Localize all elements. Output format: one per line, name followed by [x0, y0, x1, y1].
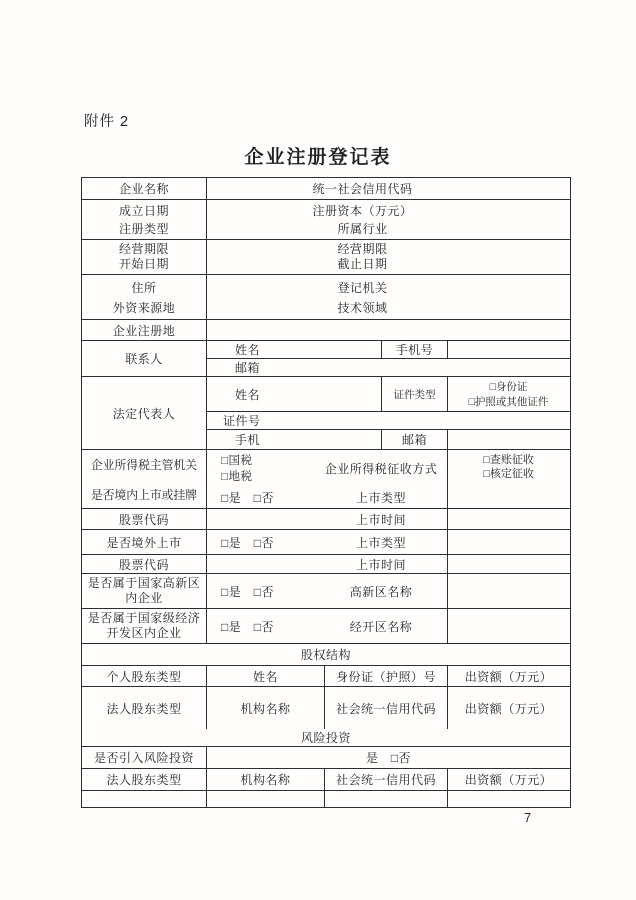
page-number: 7 — [524, 810, 531, 825]
contact-mobile-label: 手机号 — [382, 341, 448, 358]
contact-row-1: 姓名 手机号 — [207, 341, 570, 359]
domestic-listing-label: 是否境内上市或挂牌 — [91, 486, 197, 503]
tax-type-options: □国税 □地税 — [207, 450, 315, 486]
legal-email-value — [448, 430, 569, 449]
contact-email-label: 邮箱 — [207, 359, 570, 376]
econ-mid: □是 □否 经开区名称 — [207, 609, 448, 643]
vc-code-label: 社会统一信用代码 — [325, 769, 448, 790]
legal-email-label: 邮箱 — [382, 430, 448, 449]
corporate-amount-label: 出资额（万元） — [448, 687, 569, 729]
corporate-name-label: 机构名称 — [207, 687, 325, 729]
id-type-label: 证件类型 — [382, 377, 448, 411]
legal-rep-row-3: 手机 邮箱 — [207, 430, 570, 449]
registration-place-label: 企业注册地 — [82, 320, 207, 340]
document-title: 企业注册登记表 — [0, 142, 636, 169]
contact-block: 联系人 姓名 手机号 邮箱 — [82, 341, 570, 377]
row-stock-code-2: 股票代码 上市时间 — [82, 555, 570, 574]
domestic-listing-yesno: □是 □否 — [207, 486, 315, 508]
registration-form-table: 企业名称 统一社会信用代码 成立日期 注册类型 注册资本（万元） 所属行业 经营… — [81, 177, 571, 808]
econ-label-line2: 开发区内企业 — [106, 626, 181, 641]
individual-type-label: 个人股东类型 — [82, 666, 207, 686]
overseas-type-value — [448, 530, 569, 554]
listing-time-value-1 — [448, 509, 569, 529]
registration-authority-label: 登记机关 — [337, 279, 387, 296]
stock-code-label-1: 股票代码 — [82, 509, 207, 529]
vc-shareholder-header: 法人股东类型 机构名称 社会统一信用代码 出资额（万元） — [82, 769, 570, 791]
hightech-zone-name-label: 高新区名称 — [315, 574, 447, 608]
contact-name-label: 姓名 — [207, 341, 382, 358]
corporate-shareholder-header: 法人股东类型 机构名称 社会统一信用代码 出资额（万元） — [82, 687, 570, 729]
tax-option-stack: □国税 □地税 — [221, 450, 252, 486]
vc-amount-label: 出资额（万元） — [448, 769, 569, 790]
listing-time-label-1: 上市时间 — [315, 509, 447, 529]
term-start-labels: 经营期限 开始日期 — [82, 240, 207, 274]
hightech-yesno: □是 □否 — [207, 574, 315, 608]
listing-type-label-1: 上市类型 — [315, 486, 447, 508]
hightech-mid: □是 □否 高新区名称 — [207, 574, 448, 608]
tax-line-2: □是 □否 上市类型 — [207, 486, 447, 508]
id-type-options: □身份证 □护照或其他证件 — [448, 377, 569, 411]
assessed-collection-checkbox: □核定征收 — [483, 467, 534, 481]
individual-amount-label: 出资额（万元） — [448, 666, 569, 686]
foreign-capital-source-label: 外资来源地 — [113, 299, 176, 316]
row-hightech-zone: 是否属于国家高新区 内企业 □是 □否 高新区名称 — [82, 574, 570, 609]
row-stock-code-1: 股票代码 上市时间 — [82, 509, 570, 530]
legal-rep-block: 法定代表人 姓名 证件类型 □身份证 □护照或其他证件 证件号 手机 邮箱 — [82, 377, 570, 450]
hightech-label-line1: 是否属于国家高新区 — [88, 576, 201, 591]
local-tax-checkbox: □地税 — [221, 468, 252, 484]
term-end-date-label: 截止日期 — [337, 257, 387, 272]
individual-name-label: 姓名 — [207, 666, 325, 686]
row-vc-question: 是否引入风险投资 是 □否 — [82, 747, 570, 769]
individual-shareholder-header: 个人股东类型 姓名 身份证（护照）号 出资额（万元） — [82, 666, 570, 687]
vc-question-label: 是否引入风险投资 — [82, 747, 207, 768]
tax-labels: 企业所得税主管机关 是否境内上市或挂牌 — [82, 450, 207, 508]
passport-checkbox-option: □护照或其他证件 — [469, 394, 549, 409]
corporate-code-label: 社会统一信用代码 — [325, 687, 448, 729]
stock-value-2 — [207, 555, 315, 573]
overseas-listing-label: 是否境外上市 — [82, 530, 207, 554]
hightech-label-line2: 内企业 — [125, 591, 163, 606]
contact-body: 姓名 手机号 邮箱 — [207, 341, 570, 376]
empty-cell-4 — [448, 791, 569, 807]
econ-label-line1: 是否属于国家级经济 — [88, 611, 201, 626]
row-date-type: 成立日期 注册类型 注册资本（万元） 所属行业 — [82, 200, 570, 240]
econ-zone-name-value — [448, 609, 569, 643]
empty-cell-2 — [207, 791, 325, 807]
econ-yesno: □是 □否 — [207, 609, 315, 643]
legal-rep-label: 法定代表人 — [82, 377, 207, 449]
tax-authority-label: 企业所得税主管机关 — [91, 456, 197, 473]
corporate-shareholder-block: 法人股东类型 机构名称 社会统一信用代码 出资额（万元） 风险投资 — [82, 687, 570, 747]
econ-zone-name-label: 经开区名称 — [315, 609, 447, 643]
industry-label: 所属行业 — [337, 220, 387, 237]
overseas-mid: □是 □否 上市类型 — [207, 530, 448, 554]
enterprise-name-label: 企业名称 — [82, 178, 207, 199]
row-business-term: 经营期限 开始日期 经营期限 截止日期 — [82, 240, 570, 275]
vc-answer: 是 □否 — [207, 747, 570, 768]
authority-tech-labels: 登记机关 技术领域 — [207, 275, 570, 319]
establish-date-label: 成立日期 — [119, 202, 169, 219]
term-start-date-label: 开始日期 — [119, 257, 169, 272]
id-number-label: 证件号 — [207, 412, 570, 429]
credit-code-label: 统一社会信用代码 — [207, 178, 570, 199]
registered-capital-label: 注册资本（万元） — [312, 202, 412, 219]
stock-value-1 — [207, 509, 315, 529]
audit-collection-checkbox: □查账征收 — [483, 453, 534, 467]
term-end-labels: 经营期限 截止日期 — [207, 240, 570, 274]
technology-field-label: 技术领域 — [337, 299, 387, 316]
stock-mid-2: 上市时间 — [207, 555, 448, 573]
row-registration-place: 企业注册地 — [82, 320, 570, 341]
empty-cell-1 — [82, 791, 207, 807]
overseas-yesno: □是 □否 — [207, 530, 315, 554]
contact-mobile-value — [448, 341, 569, 358]
listing-type-label-2: 上市类型 — [315, 530, 447, 554]
econ-zone-label: 是否属于国家级经济 开发区内企业 — [82, 609, 207, 643]
equity-section-title: 股权结构 — [82, 644, 570, 665]
tax-middle: □国税 □地税 企业所得税征收方式 □是 □否 上市类型 — [207, 450, 448, 508]
legal-rep-body: 姓名 证件类型 □身份证 □护照或其他证件 证件号 手机 邮箱 — [207, 377, 570, 449]
contact-row-2: 邮箱 — [207, 359, 570, 376]
national-tax-checkbox: □国税 — [221, 452, 252, 468]
tax-line-1: □国税 □地税 企业所得税征收方式 — [207, 450, 447, 486]
equity-section-row: 股权结构 — [82, 644, 570, 666]
residence-label: 住所 — [131, 279, 156, 296]
stock-mid-1: 上市时间 — [207, 509, 448, 529]
row-overseas-listing: 是否境外上市 □是 □否 上市类型 — [82, 530, 570, 555]
registration-type-label: 注册类型 — [119, 220, 169, 237]
individual-id-label: 身份证（护照）号 — [325, 666, 448, 686]
business-term-label: 经营期限 — [119, 242, 169, 257]
hightech-zone-label: 是否属于国家高新区 内企业 — [82, 574, 207, 608]
stock-code-label-2: 股票代码 — [82, 555, 207, 573]
contact-label: 联系人 — [82, 341, 207, 376]
empty-data-row — [82, 791, 570, 807]
attachment-label: 附件 2 — [84, 110, 129, 131]
row-econ-zone: 是否属于国家级经济 开发区内企业 □是 □否 经开区名称 — [82, 609, 570, 644]
capital-industry-labels: 注册资本（万元） 所属行业 — [207, 200, 570, 239]
business-term-label2: 经营期限 — [337, 242, 387, 257]
tax-block: 企业所得税主管机关 是否境内上市或挂牌 □国税 □地税 企业所得税征收方式 □是… — [82, 450, 570, 509]
legal-name-label: 姓名 — [207, 377, 382, 411]
collection-method-options: □查账征收 □核定征收 — [448, 450, 569, 508]
hightech-zone-name-value — [448, 574, 569, 608]
scanned-form-page: 附件 2 企业注册登记表 企业名称 统一社会信用代码 成立日期 注册类型 注册资… — [0, 0, 636, 900]
row-address-source: 住所 外资来源地 登记机关 技术领域 — [82, 275, 570, 320]
collection-method-label: 企业所得税征收方式 — [315, 450, 447, 486]
vc-type-label: 法人股东类型 — [82, 769, 207, 790]
vc-section-title: 风险投资 — [82, 729, 570, 746]
vc-section-row: 风险投资 — [82, 729, 570, 746]
vc-name-label: 机构名称 — [207, 769, 325, 790]
address-source-labels: 住所 外资来源地 — [82, 275, 207, 319]
listing-time-label-2: 上市时间 — [315, 555, 447, 573]
legal-rep-row-2: 证件号 — [207, 412, 570, 430]
corporate-type-label: 法人股东类型 — [82, 687, 207, 729]
row-enterprise-name: 企业名称 统一社会信用代码 — [82, 178, 570, 200]
legal-rep-row-1: 姓名 证件类型 □身份证 □护照或其他证件 — [207, 377, 570, 412]
legal-mobile-label: 手机 — [207, 430, 382, 449]
registration-place-value — [207, 320, 570, 340]
empty-cell-3 — [325, 791, 448, 807]
listing-time-value-2 — [448, 555, 569, 573]
date-type-labels: 成立日期 注册类型 — [82, 200, 207, 239]
id-card-checkbox-option: □身份证 — [490, 379, 528, 394]
